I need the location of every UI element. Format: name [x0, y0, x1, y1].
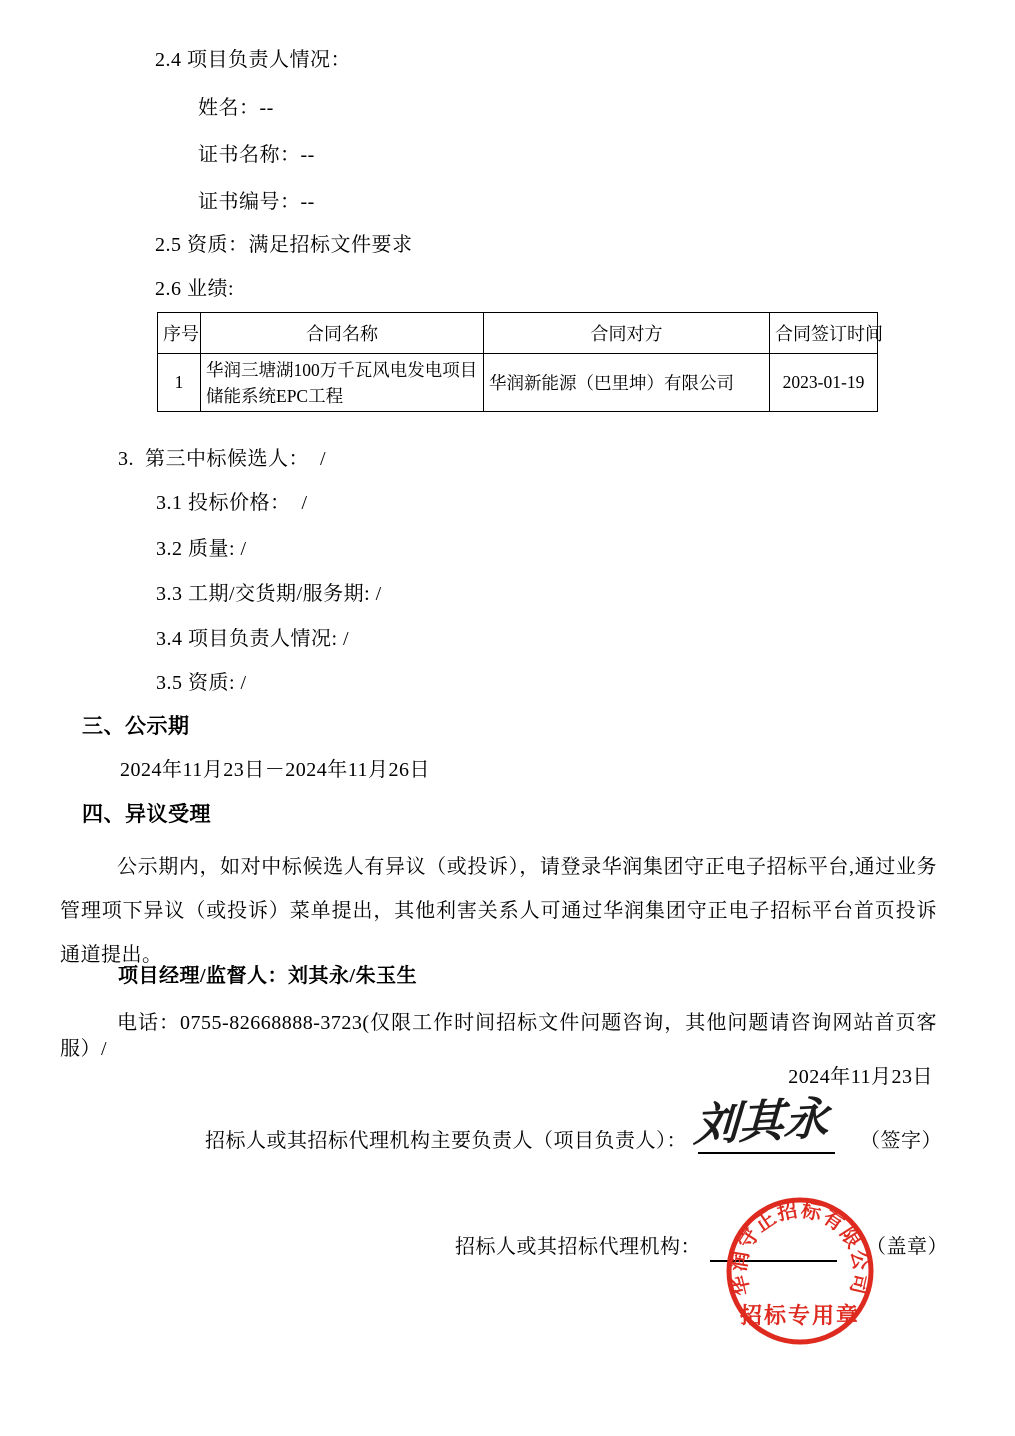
section-3-4-line: 3.4 项目负责人情况: /	[156, 626, 349, 652]
seal-type-text: 招标专用章	[740, 1303, 860, 1328]
seal-company-text: 华润守正招标有限公司	[726, 1197, 872, 1298]
cert-name-line: 证书名称：--	[198, 142, 315, 168]
table-header-row: 序号 合同名称 合同对方 合同签订时间	[158, 313, 878, 354]
publicity-period-dates: 2024年11月23日－2024年11月26日	[120, 757, 430, 783]
section-3-3-line: 3.3 工期/交货期/服务期: /	[156, 581, 382, 607]
stamp-suffix-label: （盖章）	[866, 1234, 948, 1260]
section-2-5-line: 2.5 资质：满足招标文件要求	[155, 232, 413, 258]
handwritten-signature: 刘其永	[693, 1094, 830, 1149]
table-row: 1 华润三塘湖100万千瓦风电发电项目储能系统EPC工程 华润新能源（巴里坤）有…	[158, 354, 878, 412]
section-2-4-heading: 2.4 项目负责人情况：	[155, 47, 351, 73]
announcement-date: 2024年11月23日	[60, 1060, 933, 1089]
section-3-5-line: 3.5 资质: /	[156, 670, 247, 696]
table-header-no: 序号	[158, 313, 201, 354]
cert-number-line: 证书编号：--	[198, 189, 315, 215]
section-3-1-line: 3.1 投标价格： /	[156, 490, 308, 516]
performance-table: 序号 合同名称 合同对方 合同签订时间 1 华润三塘湖100万千瓦风电发电项目储…	[157, 312, 878, 412]
agency-stamp-label: 招标人或其招标代理机构：	[455, 1234, 701, 1260]
cell-contract-name: 华润三塘湖100万千瓦风电发电项目储能系统EPC工程	[201, 354, 484, 412]
section-2-6-line: 2.6 业绩:	[155, 276, 234, 302]
section-3-heading: 3. 第三中标候选人： /	[118, 446, 326, 472]
principal-sign-label: 招标人或其招标代理机构主要负责人（项目负责人）：	[205, 1128, 687, 1154]
signature-underline	[698, 1152, 835, 1154]
document-page: 2.4 项目负责人情况： 姓名：-- 证书名称：-- 证书编号：-- 2.5 资…	[0, 0, 1015, 1436]
leader-name-line: 姓名：--	[198, 95, 274, 121]
cell-no: 1	[158, 354, 201, 412]
objection-paragraph: 公示期内，如对中标候选人有异议（或投诉），请登录华润集团守正电子招标平台,通过业…	[60, 845, 937, 977]
publicity-period-heading: 三、公示期	[82, 713, 190, 739]
cell-counterparty: 华润新能源（巴里坤）有限公司	[484, 354, 770, 412]
cell-sign-date: 2023-01-19	[770, 354, 878, 412]
table-header-counterparty: 合同对方	[484, 313, 770, 354]
phone-line: 电话：0755-82668888-3723(仅限工作时间招标文件问题咨询，其他问…	[60, 1010, 937, 1062]
project-manager-line: 项目经理/监督人：刘其永/朱玉生	[118, 963, 417, 989]
section-3-2-line: 3.2 质量: /	[156, 536, 247, 562]
table-header-contract-name: 合同名称	[201, 313, 484, 354]
sign-suffix-label: （签字）	[860, 1128, 942, 1154]
objection-heading: 四、异议受理	[82, 801, 211, 827]
company-seal-stamp: 华润守正招标有限公司 招标专用章	[722, 1193, 878, 1349]
table-header-sign-date: 合同签订时间	[770, 313, 878, 354]
